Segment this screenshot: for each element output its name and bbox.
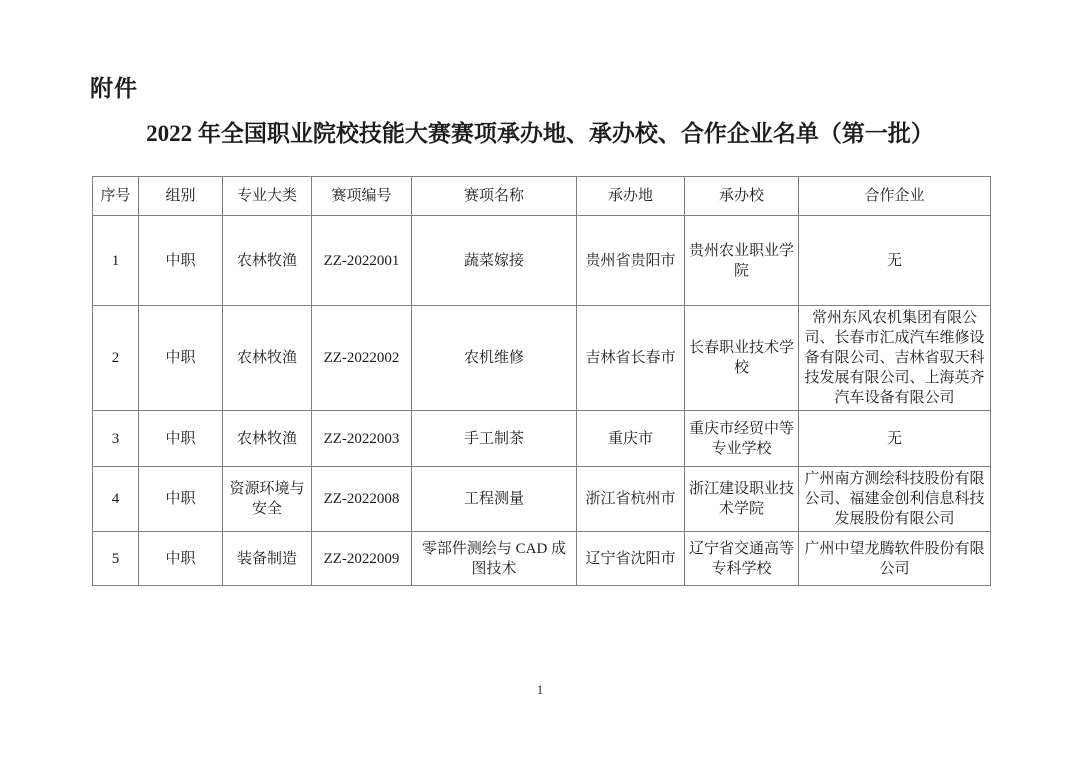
table-header-row: 序号组别专业大类赛项编号赛项名称承办地承办校合作企业 [93, 177, 991, 216]
table-cell: ZZ-2022002 [312, 306, 412, 411]
table-cell: 广州中望龙腾软件股份有限公司 [799, 532, 991, 586]
column-header-5: 承办地 [577, 177, 685, 216]
column-header-3: 赛项编号 [312, 177, 412, 216]
table-cell: 中职 [139, 467, 223, 532]
page-number: 1 [0, 682, 1080, 698]
competition-table: 序号组别专业大类赛项编号赛项名称承办地承办校合作企业 1中职农林牧渔ZZ-202… [92, 176, 991, 586]
table-cell: 常州东风农机集团有限公司、长春市汇成汽车维修设备有限公司、吉林省驭天科技发展有限… [799, 306, 991, 411]
table-cell: 农机维修 [412, 306, 577, 411]
column-header-2: 专业大类 [223, 177, 312, 216]
table-cell: 3 [93, 411, 139, 467]
table-cell: 中职 [139, 306, 223, 411]
table-row: 5中职装备制造ZZ-2022009零部件测绘与 CAD 成图技术辽宁省沈阳市辽宁… [93, 532, 991, 586]
table-cell: 无 [799, 411, 991, 467]
table-cell: 手工制茶 [412, 411, 577, 467]
table-cell: 农林牧渔 [223, 216, 312, 306]
table-cell: 辽宁省交通高等专科学校 [685, 532, 799, 586]
table-cell: ZZ-2022008 [312, 467, 412, 532]
table-cell: 零部件测绘与 CAD 成图技术 [412, 532, 577, 586]
table-cell: 中职 [139, 411, 223, 467]
table-cell: 无 [799, 216, 991, 306]
table-cell: 浙江省杭州市 [577, 467, 685, 532]
table-cell: 2 [93, 306, 139, 411]
table-cell: 中职 [139, 532, 223, 586]
table-row: 1中职农林牧渔ZZ-2022001蔬菜嫁接贵州省贵阳市贵州农业职业学院无 [93, 216, 991, 306]
table-cell: 广州南方测绘科技股份有限公司、福建金创利信息科技发展股份有限公司 [799, 467, 991, 532]
table-row: 4中职资源环境与安全ZZ-2022008工程测量浙江省杭州市浙江建设职业技术学院… [93, 467, 991, 532]
table-cell: 农林牧渔 [223, 306, 312, 411]
table-cell: 1 [93, 216, 139, 306]
table-cell: 资源环境与安全 [223, 467, 312, 532]
table-cell: 4 [93, 467, 139, 532]
table-cell: ZZ-2022003 [312, 411, 412, 467]
document-page: 附件 2022 年全国职业院校技能大赛赛项承办地、承办校、合作企业名单（第一批）… [0, 0, 1080, 763]
table-cell: 重庆市 [577, 411, 685, 467]
table-cell: 中职 [139, 216, 223, 306]
table-cell: 农林牧渔 [223, 411, 312, 467]
table-cell: 辽宁省沈阳市 [577, 532, 685, 586]
attachment-label: 附件 [90, 70, 138, 103]
column-header-7: 合作企业 [799, 177, 991, 216]
table-cell: 贵州农业职业学院 [685, 216, 799, 306]
column-header-4: 赛项名称 [412, 177, 577, 216]
column-header-1: 组别 [139, 177, 223, 216]
table-cell: 装备制造 [223, 532, 312, 586]
table-cell: ZZ-2022001 [312, 216, 412, 306]
column-header-6: 承办校 [685, 177, 799, 216]
column-header-0: 序号 [93, 177, 139, 216]
table-cell: 浙江建设职业技术学院 [685, 467, 799, 532]
table-cell: 5 [93, 532, 139, 586]
table-cell: 吉林省长春市 [577, 306, 685, 411]
table-row: 2中职农林牧渔ZZ-2022002农机维修吉林省长春市长春职业技术学校常州东风农… [93, 306, 991, 411]
page-title: 2022 年全国职业院校技能大赛赛项承办地、承办校、合作企业名单（第一批） [0, 115, 1080, 148]
table-cell: 工程测量 [412, 467, 577, 532]
table-body: 1中职农林牧渔ZZ-2022001蔬菜嫁接贵州省贵阳市贵州农业职业学院无2中职农… [93, 216, 991, 586]
table-cell: 贵州省贵阳市 [577, 216, 685, 306]
table-cell: 长春职业技术学校 [685, 306, 799, 411]
table-cell: ZZ-2022009 [312, 532, 412, 586]
table-cell: 蔬菜嫁接 [412, 216, 577, 306]
table-row: 3中职农林牧渔ZZ-2022003手工制茶重庆市重庆市经贸中等专业学校无 [93, 411, 991, 467]
table-cell: 重庆市经贸中等专业学校 [685, 411, 799, 467]
